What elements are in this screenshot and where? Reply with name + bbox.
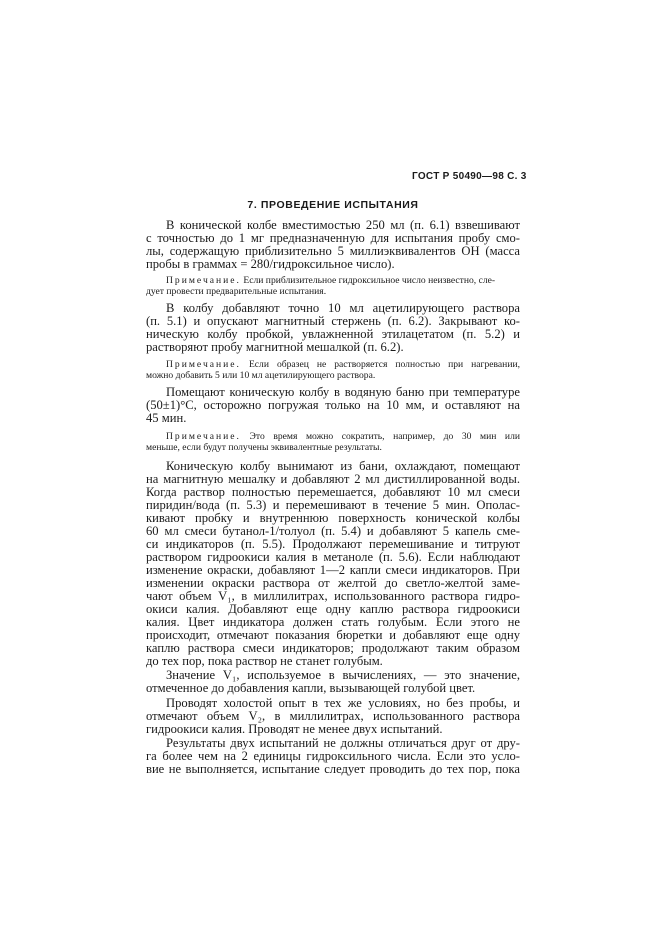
note-label: Примечание. — [166, 359, 241, 370]
note-line: Примечание. Это время можно сократить, н… — [146, 432, 520, 442]
paragraph-line: отмеченное до добавления капли, вызывающ… — [146, 682, 520, 695]
note-label: Примечание. — [166, 275, 241, 286]
note-text: Если образец не растворяется полностью п… — [241, 359, 520, 370]
note-text: Если приблизительное гидроксильное число… — [241, 275, 495, 286]
paragraph-line: (50±1)°С, осторожно погружая только на 1… — [146, 399, 520, 412]
note-text: Это время можно сократить, например, до … — [241, 431, 520, 442]
note-line: Примечание. Если приблизительное гидрокс… — [146, 276, 520, 286]
paragraph-line: 45 мин. — [146, 412, 520, 425]
section-title: 7. ПРОВЕДЕНИЕ ИСПЫТАНИЯ — [146, 199, 520, 211]
note-line: Примечание. Если образец не растворяется… — [146, 360, 520, 370]
paragraph-line: до тех пор, пока раствор не станет голуб… — [146, 655, 520, 668]
note-line: меньше, если будут получены эквивалентны… — [146, 443, 520, 453]
paragraph-line: растворяют пробу магнитной мешалкой (п. … — [146, 341, 520, 354]
note-label: Примечание. — [166, 431, 241, 442]
page-header: ГОСТ Р 50490—98 С. 3 — [412, 171, 527, 182]
note-line: дует провести предварительные испытания. — [146, 287, 520, 297]
paragraph-line: пробы в граммах = 280/гидроксильное числ… — [146, 258, 520, 271]
note-line: можно добавить 5 или 10 мл ацетилирующег… — [146, 371, 520, 381]
paragraph-line: вие не выполняется, испытание следует пр… — [146, 763, 520, 776]
paragraph-line: гидроокиси калия. Проводят не менее двух… — [146, 723, 520, 736]
document-page: ГОСТ Р 50490—98 С. 3 7. ПРОВЕДЕНИЕ ИСПЫТ… — [0, 0, 661, 935]
